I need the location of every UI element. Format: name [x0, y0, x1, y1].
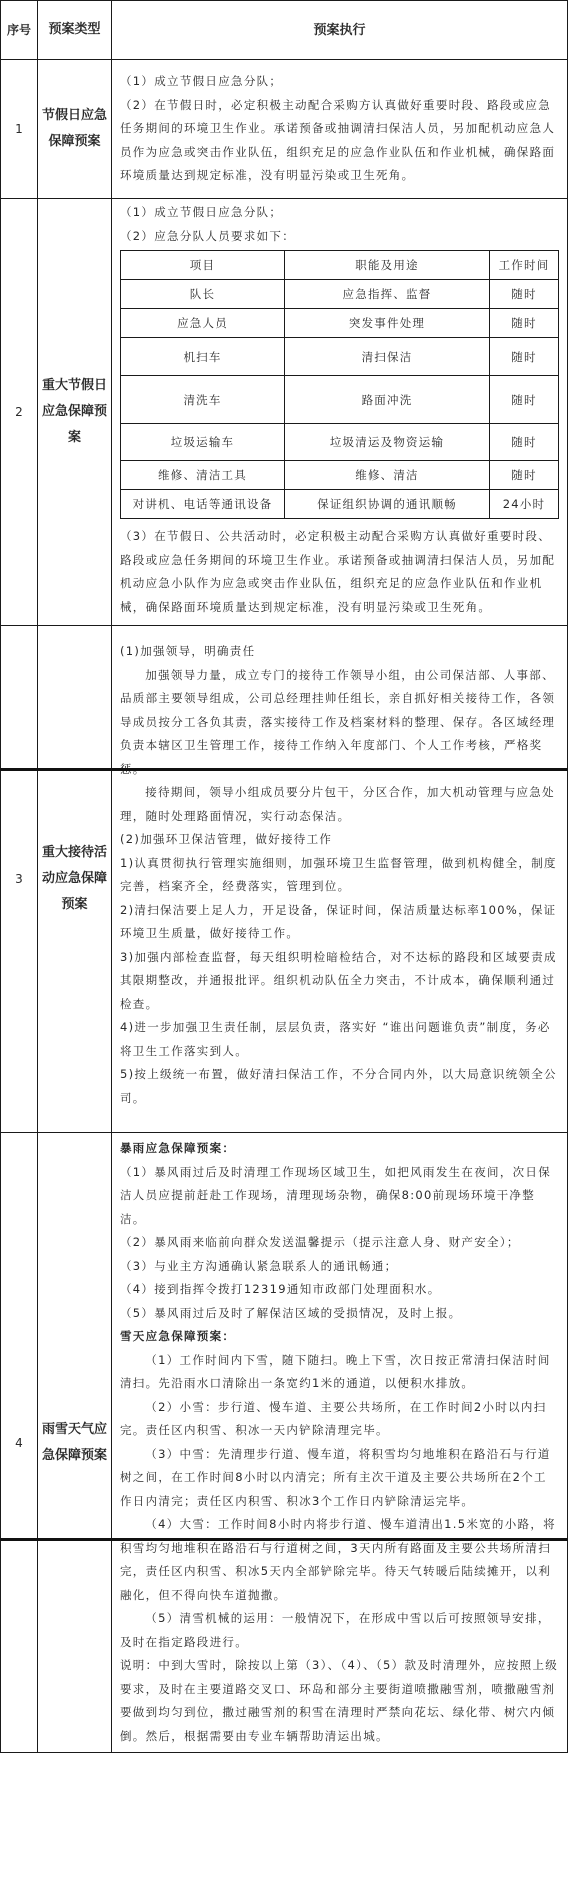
plan-exec: 暴雨应急保障预案： （1）暴风雨过后及时清理工作现场区域卫生，如把风雨发生在夜间…	[112, 1133, 568, 1753]
row-number: 3	[1, 626, 38, 1133]
row-number: 2	[1, 199, 38, 626]
table-row: 1 节假日应急保障预案 （1）成立节假日应急分队； （2）在节假日时，必定积极主…	[1, 60, 568, 199]
paragraph: （4）大雪：工作时间8小时内将步行道、慢车道清出1.5米宽的小路，将积雪均匀地堆…	[120, 1513, 559, 1607]
paragraph: 2)清扫保洁要上足人力，开足设备，保证时间，保洁质量达标率100%，保证环境卫生…	[120, 899, 559, 946]
paragraph: （1）成立节假日应急分队；	[120, 201, 559, 225]
sub-table-row: 对讲机、电话等通讯设备 保证组织协调的通讯顺畅 24小时	[121, 490, 559, 519]
sub-cell: 应急人员	[121, 309, 285, 338]
sub-table-row: 维修、清洁工具 维修、清洁 随时	[121, 461, 559, 490]
table-row: 4 雨雪天气应急保障预案 暴雨应急保障预案： （1）暴风雨过后及时清理工作现场区…	[1, 1133, 568, 1753]
sub-table-row: 应急人员 突发事件处理 随时	[121, 309, 559, 338]
section-heading-rainstorm: 暴雨应急保障预案：	[120, 1137, 559, 1161]
header-type: 预案类型	[38, 1, 112, 60]
sub-cell: 队长	[121, 280, 285, 309]
sub-cell: 路面冲洗	[285, 376, 490, 424]
table-row: 3 重大接待活动应急保障预案 (1)加强领导，明确责任 加强领导力量，成立专门的…	[1, 626, 568, 1133]
paragraph: (1)加强领导，明确责任	[120, 640, 559, 664]
paragraph: 说明：中到大雪时，除按以上第（3）、（4）、（5）款及时清理外，应按照上级要求，…	[120, 1654, 559, 1748]
sub-cell: 对讲机、电话等通讯设备	[121, 490, 285, 519]
sub-cell: 保证组织协调的通讯顺畅	[285, 490, 490, 519]
paragraph: （2）在节假日时，必定积极主动配合采购方认真做好重要时段、路段或应急任务期间的环…	[120, 94, 559, 188]
sub-cell: 机扫车	[121, 338, 285, 376]
plan-exec: (1)加强领导，明确责任 加强领导力量，成立专门的接待工作领导小组，由公司保洁部…	[112, 626, 568, 1133]
sub-cell: 突发事件处理	[285, 309, 490, 338]
sub-cell: 随时	[490, 309, 559, 338]
paragraph: （1）暴风雨过后及时清理工作现场区域卫生，如把风雨发生在夜间，次日保洁人员应提前…	[120, 1161, 559, 1232]
row-number: 1	[1, 60, 38, 199]
paragraph: 1)认真贯彻执行管理实施细则，加强环境卫生监督管理，做到机构健全，制度完善，档案…	[120, 852, 559, 899]
sub-cell: 清洗车	[121, 376, 285, 424]
paragraph: (2)加强环卫保洁管理，做好接待工作	[120, 828, 559, 852]
paragraph: （4）接到指挥令拨打12319通知市政部门处理面积水。	[120, 1278, 559, 1302]
paragraph: 接待期间，领导小组成员要分片包干，分区合作，加大机动管理与应急处理，随时处理路面…	[120, 781, 559, 828]
sub-table-row: 队长 应急指挥、监督 随时	[121, 280, 559, 309]
sub-cell: 清扫保洁	[285, 338, 490, 376]
sub-cell: 垃圾清运及物资运输	[285, 424, 490, 461]
sub-cell: 维修、清洁	[285, 461, 490, 490]
sub-cell: 维修、清洁工具	[121, 461, 285, 490]
section-heading-snow: 雪天应急保障预案：	[120, 1325, 559, 1349]
paragraph: （3）中雪：先清理步行道、慢车道，将积雪均匀地堆积在路沿石与行道树之间，在工作时…	[120, 1443, 559, 1514]
sub-cell: 随时	[490, 376, 559, 424]
plan-type: 雨雪天气应急保障预案	[38, 1133, 112, 1753]
paragraph: （1）成立节假日应急分队；	[120, 70, 559, 94]
paragraph: （3）在节假日、公共活动时，必定积极主动配合采购方认真做好重要时段、路段或应急任…	[120, 525, 559, 619]
page-break-line	[0, 1538, 568, 1541]
paragraph: （2）小雪：步行道、慢车道、主要公共场所，在工作时间2小时以内扫完。责任区内积雪…	[120, 1396, 559, 1443]
sub-table-header: 项目 职能及用途 工作时间	[121, 251, 559, 280]
plan-exec: （1）成立节假日应急分队； （2）在节假日时，必定积极主动配合采购方认真做好重要…	[112, 60, 568, 199]
table-row: 2 重大节假日应急保障预案 （1）成立节假日应急分队； （2）应急分队人员要求如…	[1, 199, 568, 626]
paragraph: 5)按上级统一布置，做好清扫保洁工作，不分合同内外，以大局意识统领全公司。	[120, 1063, 559, 1110]
table-header-row: 序号 预案类型 预案执行	[1, 1, 568, 60]
plan-type: 重大接待活动应急保障预案	[38, 626, 112, 1133]
sub-cell: 24小时	[490, 490, 559, 519]
team-requirements-table: 项目 职能及用途 工作时间 队长 应急指挥、监督 随时 应急人员 突发事件处理 …	[120, 250, 559, 519]
paragraph: （3）与业主方沟通确认紧急联系人的通讯畅通；	[120, 1255, 559, 1279]
header-no: 序号	[1, 1, 38, 60]
sub-table-row: 机扫车 清扫保洁 随时	[121, 338, 559, 376]
row-number: 4	[1, 1133, 38, 1753]
document-page: 序号 预案类型 预案执行 1 节假日应急保障预案 （1）成立节假日应急分队； （…	[0, 0, 568, 1753]
plan-type: 重大节假日应急保障预案	[38, 199, 112, 626]
emergency-plan-table: 序号 预案类型 预案执行 1 节假日应急保障预案 （1）成立节假日应急分队； （…	[0, 0, 568, 1753]
paragraph: （1）工作时间内下雪，随下随扫。晚上下雪，次日按正常清扫保洁时间清扫。先沿雨水口…	[120, 1349, 559, 1396]
sub-cell: 垃圾运输车	[121, 424, 285, 461]
paragraph: （5）暴风雨过后及时了解保洁区域的受损情况，及时上报。	[120, 1302, 559, 1326]
sub-table-row: 清洗车 路面冲洗 随时	[121, 376, 559, 424]
sub-cell: 应急指挥、监督	[285, 280, 490, 309]
sub-header-item: 项目	[121, 251, 285, 280]
sub-cell: 随时	[490, 461, 559, 490]
plan-exec: （1）成立节假日应急分队； （2）应急分队人员要求如下： 项目 职能及用途 工作…	[112, 199, 568, 626]
paragraph: （2）暴风雨来临前向群众发送温馨提示（提示注意人身、财产安全）；	[120, 1231, 559, 1255]
paragraph: （5）清雪机械的运用：一般情况下，在形成中雪以后可按照领导安排，及时在指定路段进…	[120, 1607, 559, 1654]
paragraph: 加强领导力量，成立专门的接待工作领导小组，由公司保洁部、人事部、品质部主要领导组…	[120, 664, 559, 782]
sub-cell: 随时	[490, 338, 559, 376]
sub-header-function: 职能及用途	[285, 251, 490, 280]
paragraph: 3)加强内部检查监督，每天组织明检暗检结合，对不达标的路段和区域要责成其限期整改…	[120, 946, 559, 1017]
paragraph: 4)进一步加强卫生责任制，层层负责，落实好 “谁出问题谁负责”制度，务必将卫生工…	[120, 1016, 559, 1063]
sub-header-time: 工作时间	[490, 251, 559, 280]
header-exec: 预案执行	[112, 1, 568, 60]
sub-cell: 随时	[490, 280, 559, 309]
plan-type: 节假日应急保障预案	[38, 60, 112, 199]
sub-table-row: 垃圾运输车 垃圾清运及物资运输 随时	[121, 424, 559, 461]
sub-cell: 随时	[490, 424, 559, 461]
paragraph: （2）应急分队人员要求如下：	[120, 225, 559, 249]
page-break-line	[0, 768, 568, 771]
